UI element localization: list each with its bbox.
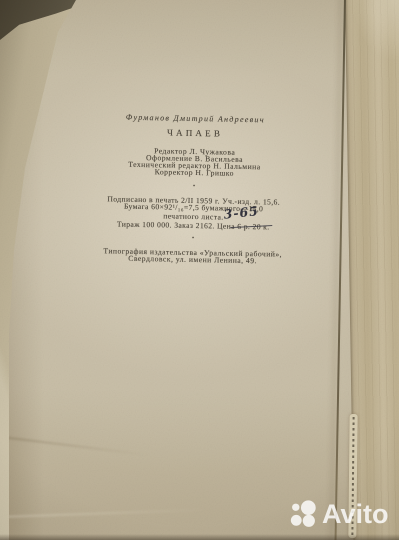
bottom-edge-shadow (0, 534, 399, 540)
section-separator: ▪ (42, 181, 346, 192)
colophon-text-block: Фурманов Дмитрий Андреевич ЧАПАЕВ Редакт… (41, 111, 348, 266)
credits-block: Редактор Л. Чужакова Оформление В. Васил… (42, 146, 346, 179)
book-title: ЧАПАЕВ (43, 125, 347, 141)
section-separator: ▪ (41, 233, 345, 244)
book-photo: Фурманов Дмитрий Андреевич ЧАПАЕВ Редакт… (0, 0, 399, 540)
handwritten-price: 3-65 (224, 207, 260, 218)
paper-crease (0, 508, 234, 518)
print-info-block: Подписано в печать 2/II 1959 г. Уч.-изд.… (41, 194, 346, 232)
paper-crease (0, 434, 177, 459)
old-price-struck: 6 р. 20 к. (237, 223, 270, 231)
print-info-text: печатного листа. (163, 212, 224, 222)
